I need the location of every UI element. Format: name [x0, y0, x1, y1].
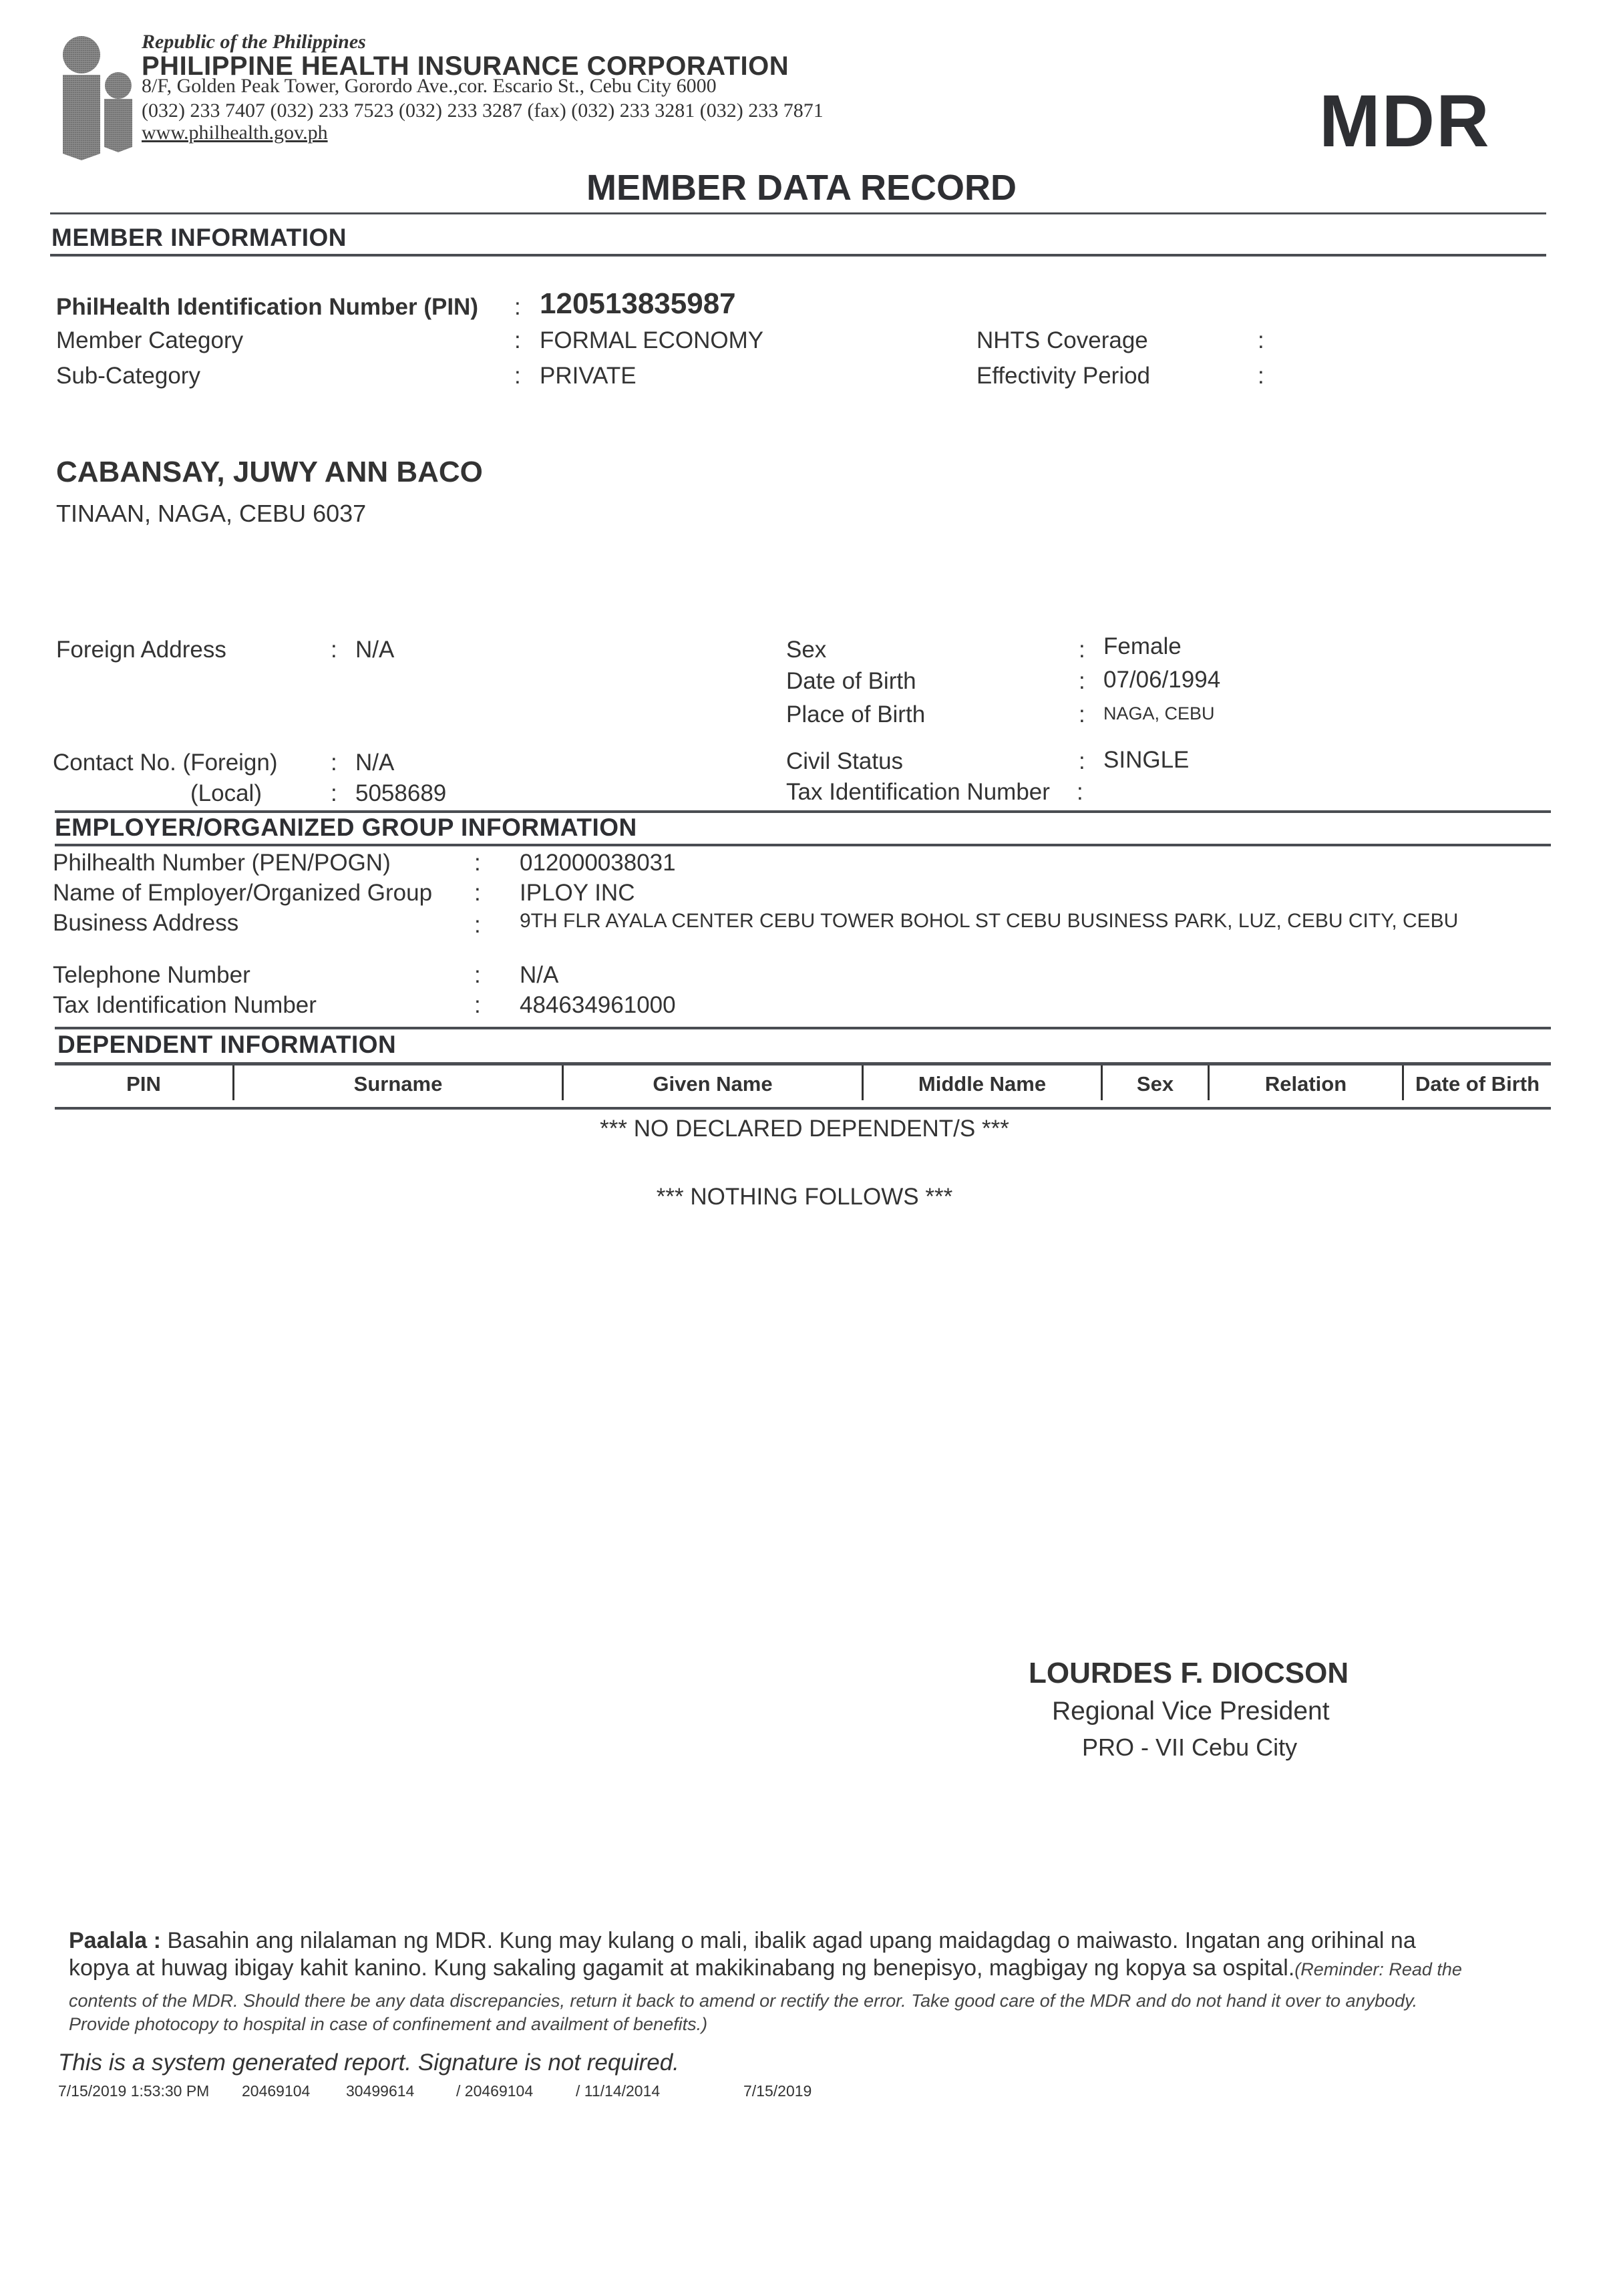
colon: : — [1079, 748, 1085, 775]
reference-number-2: 30499614 — [346, 2082, 414, 2100]
dob-value: 07/06/1994 — [1103, 667, 1220, 693]
colon: : — [331, 780, 337, 807]
print-timestamp: 7/15/2019 1:53:30 PM — [58, 2082, 209, 2100]
section-title-dependents: DEPENDENT INFORMATION — [57, 1031, 396, 1059]
civil-status-label: Civil Status — [786, 748, 903, 775]
column-header-sex: Sex — [1103, 1072, 1208, 1096]
colon: : — [514, 294, 521, 321]
member-name: CABANSAY, JUWY ANN BACO — [56, 456, 483, 489]
sex-value: Female — [1103, 633, 1182, 660]
business-address-label: Business Address — [53, 910, 238, 937]
paalala-text-1: Basahin ang nilalaman ng MDR. Kung may k… — [167, 1928, 1415, 1953]
sub-category-label: Sub-Category — [56, 363, 200, 389]
paalala-line-2: kopya at huwag ibigay kahit kanino. Kung… — [69, 1955, 1462, 1981]
colon: : — [1077, 779, 1083, 806]
colon: : — [474, 992, 481, 1019]
stamp-date-2: 7/15/2019 — [743, 2082, 812, 2100]
employer-tin-label: Tax Identification Number — [53, 992, 317, 1019]
colon: : — [474, 880, 481, 907]
contact-foreign-label: Contact No. (Foreign) — [53, 750, 278, 776]
divider — [55, 1062, 1551, 1065]
contact-local-label: (Local) — [190, 780, 262, 807]
divider — [55, 1027, 1551, 1029]
member-category-label: Member Category — [56, 327, 243, 354]
column-header-surname: Surname — [234, 1072, 562, 1096]
system-generated-note: This is a system generated report. Signa… — [58, 2049, 679, 2076]
pen-label: Philhealth Number (PEN/POGN) — [53, 850, 391, 876]
divider — [55, 1107, 1551, 1110]
nothing-follows-message: *** NOTHING FOLLOWS *** — [0, 1184, 1609, 1210]
republic-text: Republic of the Philippines — [142, 31, 366, 53]
employer-name-value: IPLOY INC — [520, 880, 635, 907]
pen-value: 012000038031 — [520, 850, 676, 876]
column-header-relation: Relation — [1210, 1072, 1402, 1096]
colon: : — [474, 962, 481, 989]
philhealth-logo-icon — [55, 33, 148, 160]
contact-foreign-value: N/A — [355, 750, 394, 776]
section-title-employer: EMPLOYER/ORGANIZED GROUP INFORMATION — [55, 814, 637, 842]
business-address-value: 9TH FLR AYALA CENTER CEBU TOWER BOHOL ST… — [520, 910, 1458, 933]
paalala-text-2: kopya at huwag ibigay kahit kanino. Kung… — [69, 1955, 1294, 1981]
signatory-position: Regional Vice President — [1052, 1697, 1330, 1726]
pob-label: Place of Birth — [786, 701, 925, 728]
doc-code: MDR — [1319, 79, 1491, 164]
colon: : — [474, 850, 481, 876]
org-phones: (032) 233 7407 (032) 233 7523 (032) 233 … — [142, 100, 824, 122]
divider — [55, 810, 1551, 813]
colon: : — [331, 750, 337, 776]
colon: : — [514, 363, 521, 389]
reminder-text-3: Provide photocopy to hospital in case of… — [69, 2014, 707, 2035]
dob-label: Date of Birth — [786, 668, 916, 695]
column-header-pin: PIN — [55, 1072, 232, 1096]
section-title-member: MEMBER INFORMATION — [51, 224, 347, 252]
divider — [50, 254, 1546, 257]
reference-number-3: / 20469104 — [456, 2082, 533, 2100]
effectivity-period-label: Effectivity Period — [976, 363, 1150, 389]
nhts-coverage-label: NHTS Coverage — [976, 327, 1148, 354]
column-header-given-name: Given Name — [564, 1072, 862, 1096]
signatory-name: LOURDES F. DIOCSON — [1029, 1657, 1349, 1690]
telephone-label: Telephone Number — [53, 962, 250, 989]
member-address: TINAAN, NAGA, CEBU 6037 — [56, 500, 366, 528]
foreign-address-value: N/A — [355, 637, 394, 663]
member-tin-label: Tax Identification Number — [786, 779, 1050, 806]
website-link[interactable]: www.philhealth.gov.ph — [142, 122, 328, 144]
paalala-label: Paalala : — [69, 1928, 161, 1953]
paalala-line-1: Paalala : Basahin ang nilalaman ng MDR. … — [69, 1928, 1416, 1954]
colon: : — [1079, 668, 1085, 695]
foreign-address-label: Foreign Address — [56, 637, 226, 663]
reminder-text-1: (Reminder: Read the — [1294, 1959, 1462, 1979]
no-dependents-message: *** NO DECLARED DEPENDENT/S *** — [0, 1116, 1609, 1142]
colon: : — [1258, 327, 1264, 354]
colon: : — [1258, 363, 1264, 389]
page-title: MEMBER DATA RECORD — [586, 167, 1017, 208]
employer-tin-value: 484634961000 — [520, 992, 676, 1019]
stamp-date-1: / 11/14/2014 — [576, 2082, 660, 2100]
pin-label: PhilHealth Identification Number (PIN) — [56, 294, 478, 321]
employer-name-label: Name of Employer/Organized Group — [53, 880, 432, 907]
colon: : — [331, 637, 337, 663]
signatory-office: PRO - VII Cebu City — [1082, 1734, 1297, 1762]
member-category-value: FORMAL ECONOMY — [540, 327, 763, 354]
civil-status-value: SINGLE — [1103, 747, 1189, 774]
org-address: 8/F, Golden Peak Tower, Gorordo Ave.,cor… — [142, 75, 717, 98]
colon: : — [1079, 637, 1085, 663]
pob-value: NAGA, CEBU — [1103, 703, 1215, 724]
colon: : — [514, 327, 521, 354]
reminder-text-2: contents of the MDR. Should there be any… — [69, 1991, 1417, 2011]
telephone-value: N/A — [520, 962, 558, 989]
contact-local-value: 5058689 — [355, 780, 446, 807]
divider — [50, 212, 1546, 214]
reference-number-1: 20469104 — [242, 2082, 310, 2100]
divider — [55, 844, 1551, 846]
pin-value: 120513835987 — [540, 287, 736, 321]
column-header-middle-name: Middle Name — [864, 1072, 1101, 1096]
colon: : — [1079, 701, 1085, 728]
column-header-date-of-birth: Date of Birth — [1404, 1072, 1551, 1096]
colon: : — [474, 912, 481, 939]
sub-category-value: PRIVATE — [540, 363, 637, 389]
sex-label: Sex — [786, 637, 826, 663]
